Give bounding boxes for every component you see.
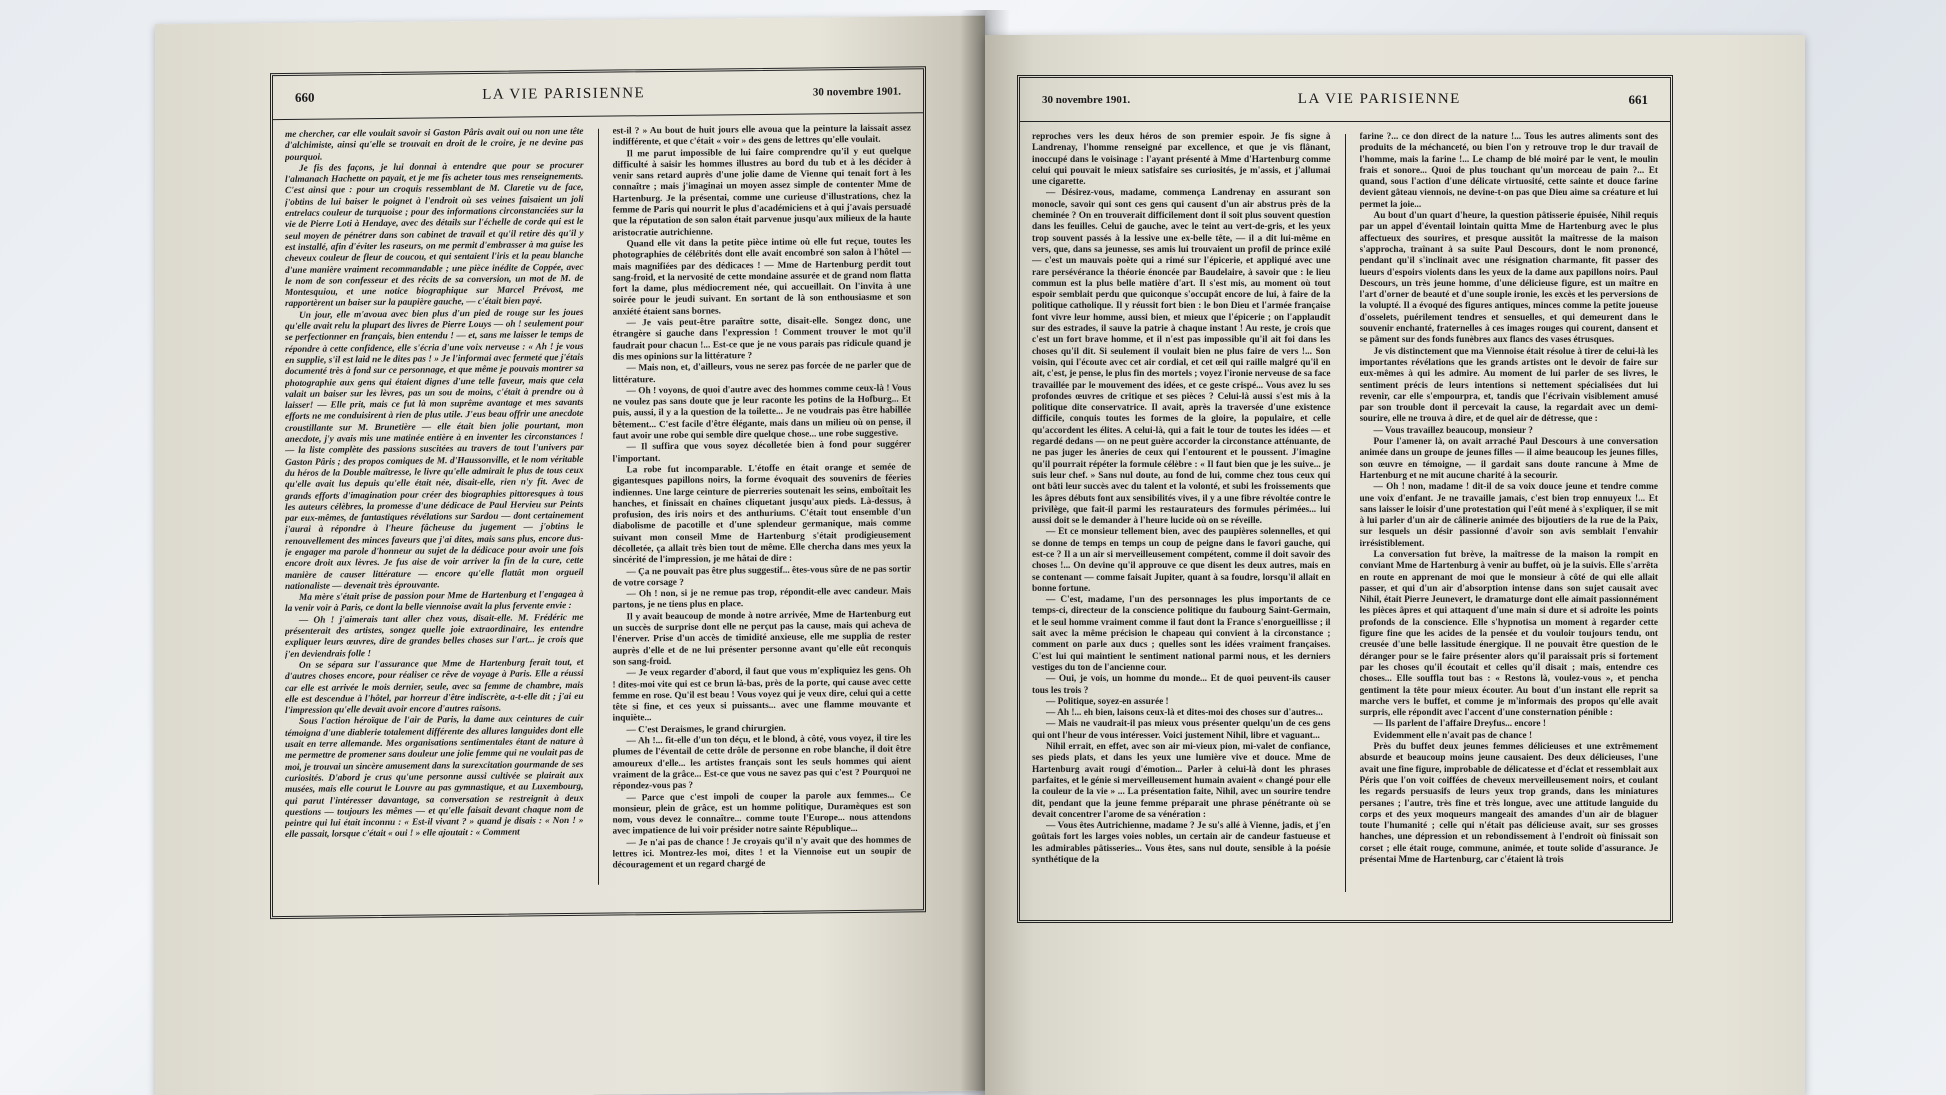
paragraph: — Et ce monsieur tellement bien, avec de…: [1032, 527, 1331, 595]
paragraph: On se sépara sur l'assurance que Mme de …: [285, 658, 584, 718]
paragraph: Il y avait beaucoup de monde à notre arr…: [613, 609, 912, 669]
paragraph: — Ah !... fit-elle d'un ton déçu, et le …: [613, 733, 912, 793]
paragraph: — Je veux regarder d'abord, il faut que …: [613, 666, 912, 726]
paragraph: — Mais non, et, d'ailleurs, vous ne sere…: [613, 361, 912, 387]
right-page-columns: reproches vers les deux héros de son pre…: [1032, 132, 1658, 910]
paragraph: Quand elle vit dans la petite pièce inti…: [613, 236, 912, 318]
paragraph: Pour l'amener là, on avait arraché Paul …: [1360, 437, 1659, 482]
paragraph: — Oh ! non, si je ne remue pas trop, rép…: [613, 587, 912, 613]
paragraph: La robe fut incomparable. L'étoffe en ét…: [613, 462, 912, 567]
masthead-title: LA VIE PARISIENNE: [482, 85, 645, 104]
paragraph: Ma mère s'était prise de passion pour Mm…: [285, 590, 584, 616]
left-page-columns: me chercher, car elle voulait savoir si …: [285, 123, 911, 906]
paragraph: — Ils parlent de l'affaire Dreyfus... en…: [1360, 719, 1659, 730]
paragraph: — Politique, soyez-en assurée !: [1032, 697, 1331, 708]
paragraph: Sous l'action héroïque de l'air de Paris…: [285, 714, 584, 841]
paragraph: farine ?... ce don direct de la nature !…: [1360, 132, 1659, 211]
paragraph: — Je n'ai pas de chance ! Je croyais qu'…: [613, 835, 912, 872]
paragraph: — C'est, madame, l'un des personnages le…: [1032, 595, 1331, 674]
paragraph: Près du buffet deux jeunes femmes délici…: [1360, 742, 1659, 866]
paragraph: — Oh ! j'aimerais tant aller chez vous, …: [285, 613, 584, 661]
page-number: 660: [295, 89, 315, 105]
paragraph: La conversation fut brève, la maîtresse …: [1360, 550, 1659, 719]
newspaper-spread: 660 LA VIE PARISIENNE 30 novembre 1901. …: [0, 0, 1946, 1095]
right-page: 30 novembre 1901. LA VIE PARISIENNE 661 …: [985, 35, 1805, 1095]
left-page-header: 660 LA VIE PARISIENNE 30 novembre 1901.: [273, 69, 923, 120]
paragraph: — Vous êtes Autrichienne, madame ? Je su…: [1032, 821, 1331, 866]
paragraph: — Ça ne pouvait pas être plus suggestif.…: [613, 564, 912, 590]
paragraph: — Mais ne vaudrait-il pas mieux vous pré…: [1032, 719, 1331, 742]
paragraph: Au bout d'un quart d'heure, la question …: [1360, 211, 1659, 347]
article-column: reproches vers les deux héros de son pre…: [1032, 132, 1331, 910]
left-page-frame: 660 LA VIE PARISIENNE 30 novembre 1901. …: [270, 66, 926, 919]
article-column: est-il ? » Au bout de huit jours elle av…: [613, 123, 912, 902]
paragraph: Je fis des façons, je lui donnai à enten…: [285, 161, 584, 311]
masthead-title: LA VIE PARISIENNE: [1298, 91, 1461, 108]
paragraph: me chercher, car elle voulait savoir si …: [285, 127, 584, 164]
paragraph: — Désirez-vous, madame, commença Landren…: [1032, 188, 1331, 527]
paragraph: — Je vais peut-être paraître sotte, disa…: [613, 315, 912, 363]
column-divider: [598, 129, 599, 885]
article-column: farine ?... ce don direct de la nature !…: [1360, 132, 1659, 910]
paragraph: — Parce que c'est impoli de couper la pa…: [613, 790, 912, 838]
page-number: 661: [1629, 92, 1649, 108]
paragraph: Nihil errait, en effet, avec son air mi-…: [1032, 742, 1331, 821]
paragraph: — Ah !... eh bien, laisons ceux-là et di…: [1032, 708, 1331, 719]
right-page-frame: 30 novembre 1901. LA VIE PARISIENNE 661 …: [1017, 75, 1673, 923]
article-column: me chercher, car elle voulait savoir si …: [285, 127, 584, 906]
column-divider: [1345, 134, 1346, 892]
paragraph: — Oh ! non, madame ! dit-il de sa voix d…: [1360, 482, 1659, 550]
paragraph: — Il suffira que vous soyez décolletée b…: [613, 440, 912, 466]
paragraph: — Vous travaillez beaucoup, monsieur ?: [1360, 426, 1659, 437]
right-page-header: 30 novembre 1901. LA VIE PARISIENNE 661: [1020, 78, 1670, 122]
paragraph: — Oh ! voyons, de quoi d'autre avec des …: [613, 383, 912, 443]
paragraph: — Oui, je vois, un homme du monde... Et …: [1032, 674, 1331, 697]
paragraph: Il me parut impossible de lui faire comp…: [613, 146, 912, 240]
issue-date: 30 novembre 1901.: [813, 85, 901, 98]
paragraph: reproches vers les deux héros de son pre…: [1032, 132, 1331, 188]
paragraph: Un jour, elle m'avoua avec bien plus d'u…: [285, 308, 584, 594]
paragraph: Evidemment elle n'avait pas de chance !: [1360, 731, 1659, 742]
issue-date: 30 novembre 1901.: [1042, 94, 1130, 106]
left-page: 660 LA VIE PARISIENNE 30 novembre 1901. …: [155, 16, 985, 1095]
paragraph: est-il ? » Au bout de huit jours elle av…: [613, 123, 912, 149]
paragraph: Je vis distinctement que ma Viennoise ét…: [1360, 347, 1659, 426]
